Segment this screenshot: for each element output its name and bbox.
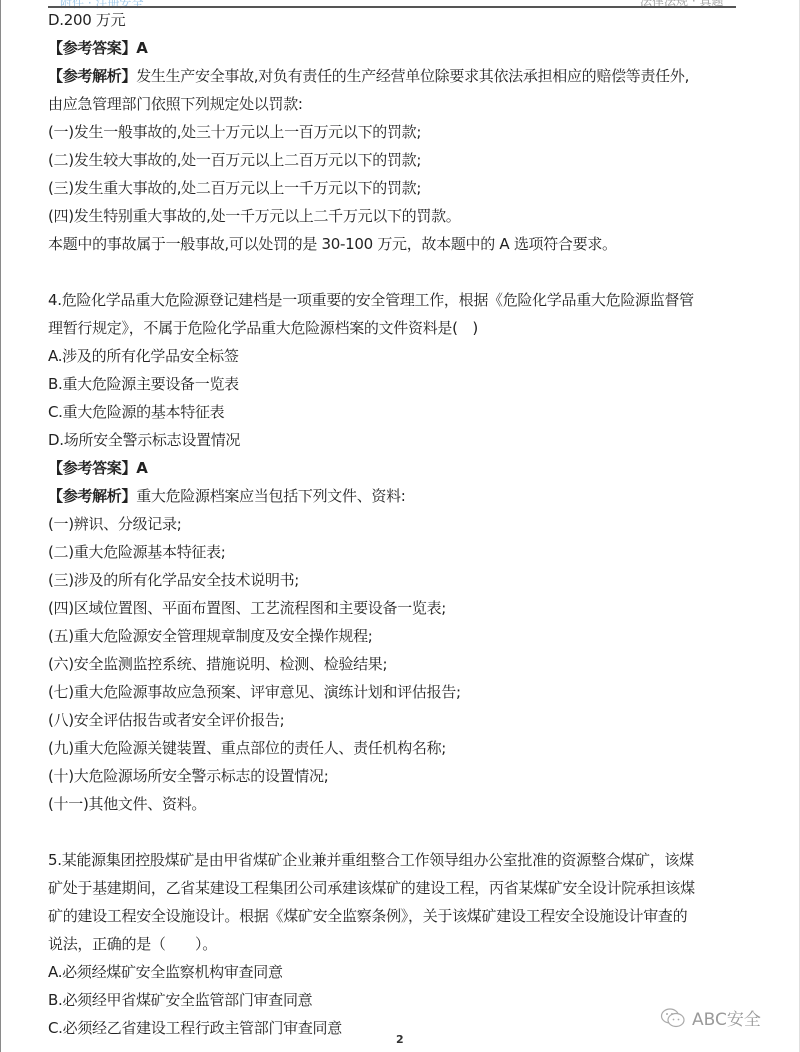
text-line-q4-item-2: (二)重大危险源基本特征表; [48,542,226,562]
text-line-q3-rule-3: (三)发生重大事故的,处二百万元以上一千万元以下的罚款; [48,178,421,198]
line-text: C.重大危险源的基本特征表 [48,403,224,421]
line-text: A [136,39,147,57]
text-line-q4-item-4: (四)区域位置图、平面布置图、工艺流程图和主要设备一览表; [48,598,446,618]
line-text: 说法，正确的是（ ）。 [48,935,217,953]
text-line-q4-item-5: (五)重大危险源安全管理规章制度及安全操作规程; [48,626,373,646]
line-text: A.涉及的所有化学品安全标签 [48,347,239,365]
line-text: B.重大危险源主要设备一览表 [48,375,239,393]
text-line-q4-option-a: A.涉及的所有化学品安全标签 [48,346,239,366]
header-divider [48,6,736,8]
text-line-q4-stem-2: 理暂行规定》，不属于危险化学品重大危险源档案的文件资料是( ) [48,318,478,338]
text-line-q4-option-c: C.重大危险源的基本特征表 [48,402,224,422]
text-line-q4-item-1: (一)辨识、分级记录; [48,514,181,534]
line-text: (二)重大危险源基本特征表; [48,543,226,561]
text-line-q4-item-7: (七)重大危险源事故应急预案、评审意见、演练计划和评估报告; [48,682,461,702]
section-label: 【参考答案】 [48,459,136,477]
line-text: (二)发生较大事故的,处一百万元以上二百万元以下的罚款; [48,151,421,169]
text-line-q4-item-3: (三)涉及的所有化学品安全技术说明书; [48,570,299,590]
text-line-q5-stem-1: 5.某能源集团控股煤矿是由甲省煤矿企业兼并重组整合工作领导组办公室批准的资源整合… [48,850,694,870]
line-text: (四)发生特别重大事故的,处一千万元以上二千万元以下的罚款。 [48,207,460,225]
text-line-q5-option-c: C.必须经乙省建设工程行政主管部门审查同意 [48,1018,342,1038]
text-line-q3-answer: 【参考答案】A [48,38,148,58]
line-text: 由应急管理部门依照下列规定处以罚款: [48,95,303,113]
line-text: 矿处于基建期间，乙省某建设工程集团公司承建该煤矿的建设工程，丙省某煤矿安全设计院… [48,879,695,897]
page-number: 2 [396,1033,404,1046]
line-text: 发生生产安全事故,对负有责任的生产经营单位除要求其依法承担相应的赔偿等责任外, [136,67,689,85]
text-line-q3-analysis-1: 【参考解析】发生生产安全事故,对负有责任的生产经营单位除要求其依法承担相应的赔偿… [48,66,689,86]
line-text: 4.危险化学品重大危险源登记建档是一项重要的安全管理工作，根据《危险化学品重大危… [48,291,694,309]
text-line-q3-analysis-2: 由应急管理部门依照下列规定处以罚款: [48,94,303,114]
text-line-q4-option-d: D.场所安全警示标志设置情况 [48,430,240,450]
text-line-q4-stem-1: 4.危险化学品重大危险源登记建档是一项重要的安全管理工作，根据《危险化学品重大危… [48,290,694,310]
section-label: 【参考答案】 [48,39,136,57]
wechat-icon [660,1007,686,1029]
text-line-q3-rule-1: (一)发生一般事故的,处三十万元以上一百万元以下的罚款; [48,122,421,142]
text-line-q4-answer: 【参考答案】A [48,458,148,478]
line-text: (十)大危险源场所安全警示标志的设置情况; [48,767,328,785]
line-text: (一)发生一般事故的,处三十万元以上一百万元以下的罚款; [48,123,421,141]
line-text: (九)重大危险源关键装置、重点部位的责任人、责任机构名称; [48,739,446,757]
line-text: 5.某能源集团控股煤矿是由甲省煤矿企业兼并重组整合工作领导组办公室批准的资源整合… [48,851,694,869]
line-text: D.200 万元 [48,11,125,29]
line-text: C.必须经乙省建设工程行政主管部门审查同意 [48,1019,342,1037]
line-text: (六)安全监测监控系统、措施说明、检测、检验结果; [48,655,387,673]
text-line-q5-stem-3: 矿的建设工程安全设施设计。根据《煤矿安全监察条例》，关于该煤矿建设工程安全设施设… [48,906,687,926]
line-text: 本题中的事故属于一般事故,可以处罚的是 30-100 万元，故本题中的 A 选项… [48,235,617,253]
text-line-q4-item-9: (九)重大危险源关键装置、重点部位的责任人、责任机构名称; [48,738,446,758]
text-line-q3-rule-4: (四)发生特别重大事故的,处一千万元以上二千万元以下的罚款。 [48,206,460,226]
text-line-q3-option-d: D.200 万元 [48,10,125,30]
line-text: 重大危险源档案应当包括下列文件、资料: [136,487,405,505]
text-line-q4-item-6: (六)安全监测监控系统、措施说明、检测、检验结果; [48,654,387,674]
line-text: A [136,459,147,477]
line-text: (八)安全评估报告或者安全评价报告; [48,711,284,729]
line-text: (七)重大危险源事故应急预案、评审意见、演练计划和评估报告; [48,683,461,701]
text-line-q5-option-a: A.必须经煤矿安全监察机构审查同意 [48,962,283,982]
text-line-q3-rule-2: (二)发生较大事故的,处一百万元以上二百万元以下的罚款; [48,150,421,170]
text-line-q4-item-10: (十)大危险源场所安全警示标志的设置情况; [48,766,328,786]
text-line-q5-stem-4: 说法，正确的是（ ）。 [48,934,217,954]
watermark: ABC安全 [660,1005,761,1030]
text-line-q5-stem-2: 矿处于基建期间，乙省某建设工程集团公司承建该煤矿的建设工程，丙省某煤矿安全设计院… [48,878,695,898]
watermark-text: ABC安全 [692,1005,761,1030]
line-text: (十一)其他文件、资料。 [48,795,206,813]
section-label: 【参考解析】 [48,487,136,505]
line-text: D.场所安全警示标志设置情况 [48,431,240,449]
text-line-q4-item-11: (十一)其他文件、资料。 [48,794,206,814]
line-text: A.必须经煤矿安全监察机构审查同意 [48,963,283,981]
line-text: (三)发生重大事故的,处二百万元以上一千万元以下的罚款; [48,179,421,197]
text-line-q4-analysis: 【参考解析】重大危险源档案应当包括下列文件、资料: [48,486,406,506]
text-line-q5-option-b: B.必须经甲省煤矿安全监管部门审查同意 [48,990,312,1010]
line-text: (一)辨识、分级记录; [48,515,181,533]
text-line-q4-option-b: B.重大危险源主要设备一览表 [48,374,239,394]
section-label: 【参考解析】 [48,67,136,85]
line-text: (三)涉及的所有化学品安全技术说明书; [48,571,299,589]
text-line-q3-conclusion: 本题中的事故属于一般事故,可以处罚的是 30-100 万元，故本题中的 A 选项… [48,234,617,254]
page-left-border [0,0,1,1052]
line-text: (四)区域位置图、平面布置图、工艺流程图和主要设备一览表; [48,599,446,617]
text-line-q4-item-8: (八)安全评估报告或者安全评价报告; [48,710,284,730]
line-text: 理暂行规定》，不属于危险化学品重大危险源档案的文件资料是( ) [48,319,478,337]
line-text: (五)重大危险源安全管理规章制度及安全操作规程; [48,627,373,645]
line-text: B.必须经甲省煤矿安全监管部门审查同意 [48,991,312,1009]
line-text: 矿的建设工程安全设施设计。根据《煤矿安全监察条例》，关于该煤矿建设工程安全设施设… [48,907,687,925]
